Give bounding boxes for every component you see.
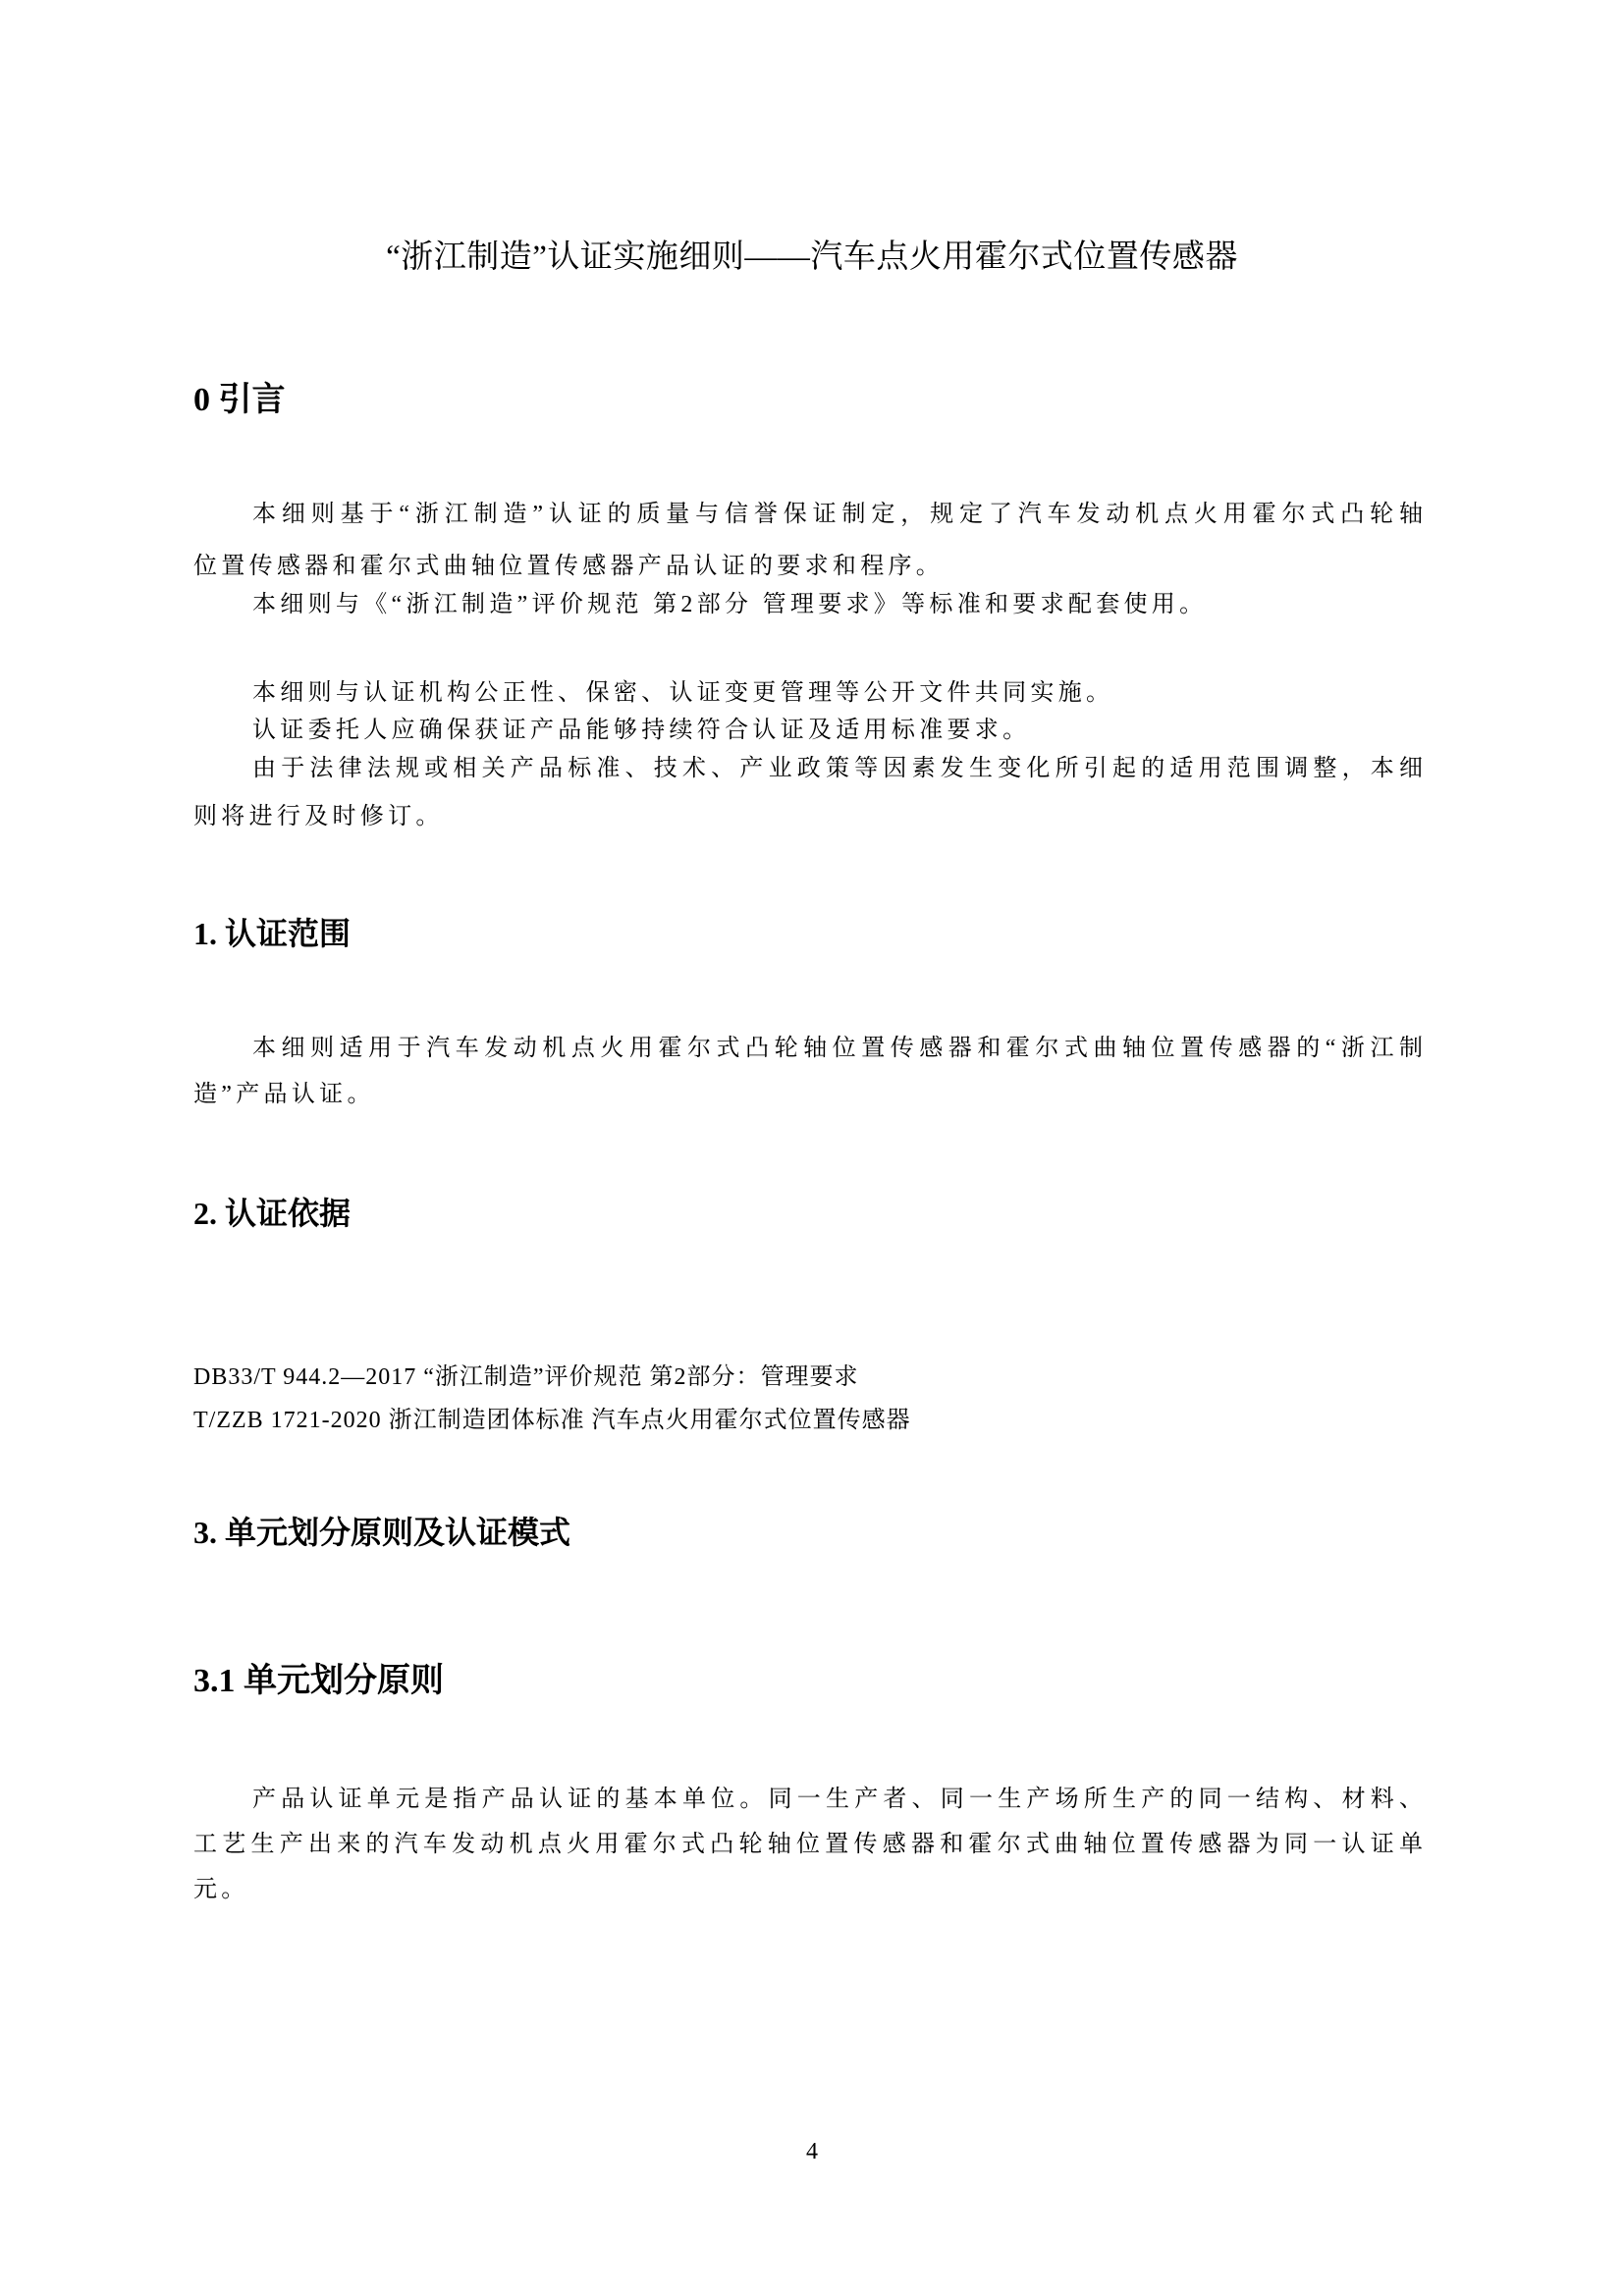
document-title: “浙江制造”认证实施细则——汽车点火用霍尔式位置传感器 [0, 241, 1624, 274]
section-heading-introduction: 0 引言 [193, 384, 286, 417]
intro-paragraph-5-line-2: 则将进行及时修订。 [193, 805, 444, 828]
reference-standard-2: T/ZZB 1721-2020 浙江制造团体标准 汽车点火用霍尔式位置传感器 [193, 1409, 911, 1432]
section-heading-basis: 2. 认证依据 [193, 1198, 351, 1229]
intro-paragraph-1-line-1: 本细则基于“浙江制造”认证的质量与信誉保证制定，规定了汽车发动机点火用霍尔式凸轮… [252, 503, 1423, 526]
reference-standard-1: DB33/T 944.2—2017 “浙江制造”评价规范 第2部分：管理要求 [193, 1365, 859, 1389]
section-heading-unit-division: 3. 单元划分原则及认证模式 [193, 1517, 570, 1548]
unit-principle-line-1: 产品认证单元是指产品认证的基本单位。同一生产者、同一生产场所生产的同一结构、材料… [252, 1788, 1423, 1811]
intro-paragraph-2: 本细则与《“浙江制造”评价规范 第2部分 管理要求》等标准和要求配套使用。 [252, 593, 1207, 616]
intro-paragraph-4: 认证委托人应确保获证产品能够持续符合认证及适用标准要求。 [252, 719, 1030, 742]
intro-paragraph-3: 本细则与认证机构公正性、保密、认证变更管理等公开文件共同实施。 [252, 681, 1113, 705]
intro-paragraph-1-line-2: 位置传感器和霍尔式曲轴位置传感器产品认证的要求和程序。 [193, 555, 944, 578]
subsection-heading-unit-principle: 3.1 单元划分原则 [193, 1665, 444, 1698]
unit-principle-line-3: 元。 [193, 1878, 249, 1901]
unit-principle-line-2: 工艺生产出来的汽车发动机点火用霍尔式凸轮轴位置传感器和霍尔式曲轴位置传感器为同一… [193, 1833, 1423, 1856]
intro-paragraph-5-line-1: 由于法律法规或相关产品标准、技术、产业政策等因素发生变化所引起的适用范围调整，本… [252, 757, 1423, 780]
scope-paragraph-line-1: 本细则适用于汽车发动机点火用霍尔式凸轮轴位置传感器和霍尔式曲轴位置传感器的“浙江… [252, 1037, 1423, 1060]
scope-paragraph-line-2: 造”产品认证。 [193, 1083, 375, 1106]
page-number: 4 [0, 2140, 1624, 2163]
section-heading-scope: 1. 认证范围 [193, 918, 351, 949]
